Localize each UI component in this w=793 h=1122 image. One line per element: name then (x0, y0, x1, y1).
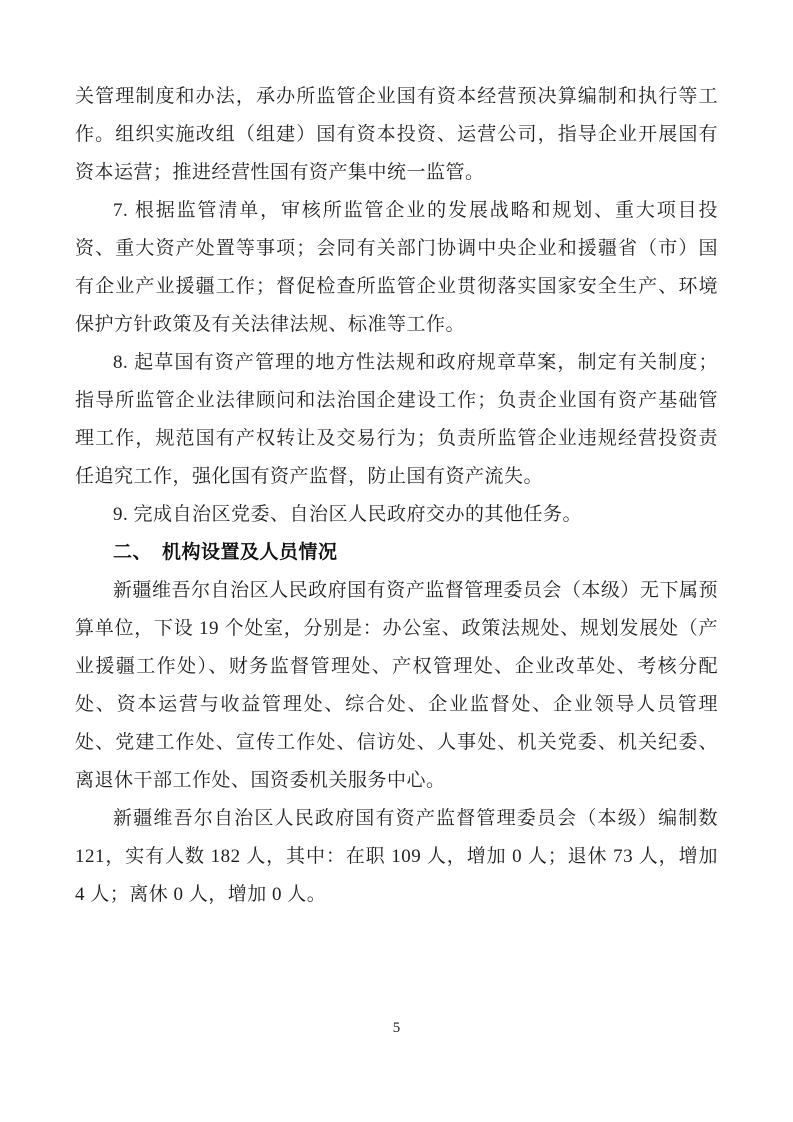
numbered-item-9: 9. 完成自治区党委、自治区人民政府交办的其他任务。 (75, 496, 718, 534)
numbered-item-7: 7. 根据监管清单，审核所监管企业的发展战略和规划、重大项目投资、重大资产处置等… (75, 192, 718, 344)
page-number: 5 (0, 1018, 793, 1038)
document-page: 关管理制度和办法，承办所监管企业国有资本经营预决算编制和执行等工作。组织实施改组… (0, 0, 793, 1122)
continuation-paragraph: 关管理制度和办法，承办所监管企业国有资本经营预决算编制和执行等工作。组织实施改组… (75, 78, 718, 192)
numbered-item-8: 8. 起草国有资产管理的地方性法规和政府规章草案，制定有关制度；指导所监管企业法… (75, 344, 718, 496)
page-content: 关管理制度和办法，承办所监管企业国有资本经营预决算编制和执行等工作。组织实施改组… (75, 0, 718, 914)
section-heading: 二、 机构设置及人员情况 (75, 534, 718, 572)
org-structure-paragraph: 新疆维吾尔自治区人民政府国有资产监督管理委员会（本级）无下属预算单位，下设 19… (75, 572, 718, 800)
staffing-paragraph: 新疆维吾尔自治区人民政府国有资产监督管理委员会（本级）编制数 121，实有人数 … (75, 800, 718, 914)
